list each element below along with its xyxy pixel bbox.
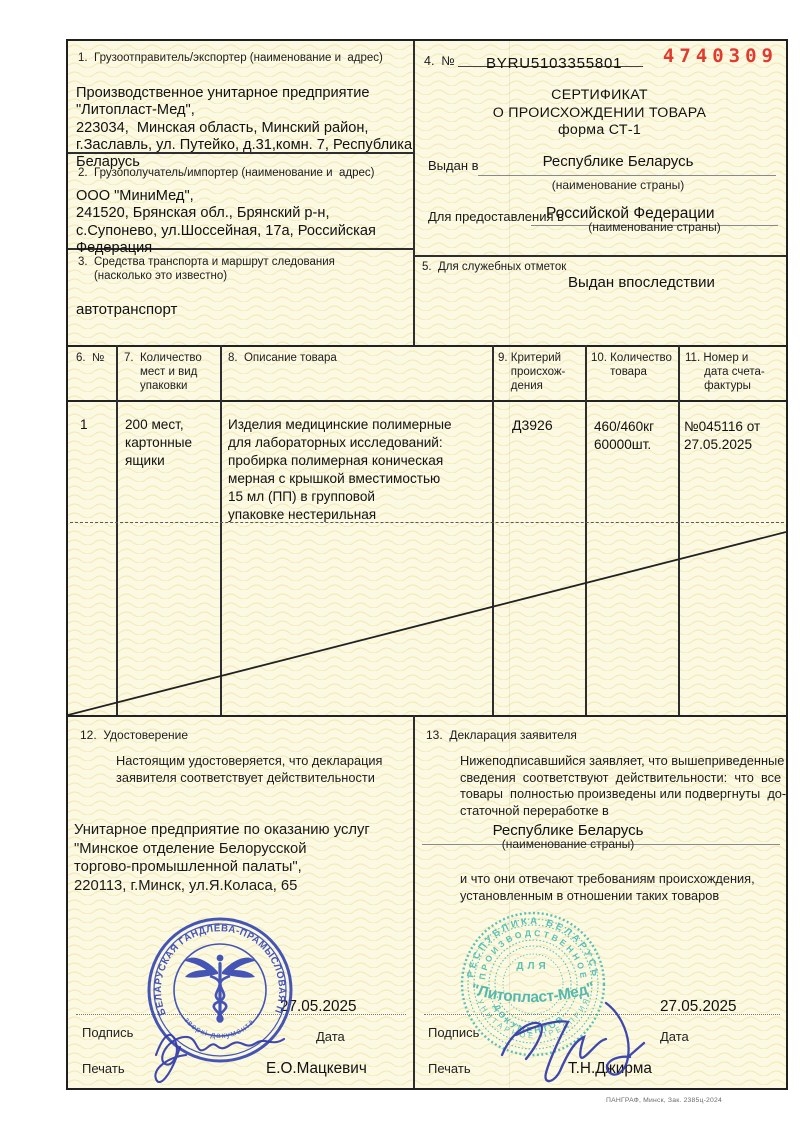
issued-in-line	[478, 175, 776, 176]
divider-bottom-columns	[413, 715, 415, 1088]
box13-label: 13. Декларация заявителя	[426, 729, 577, 743]
red-serial-number: 4740309	[628, 45, 778, 67]
box12-date-label: Дата	[316, 1029, 345, 1044]
divider-box4-box5	[413, 255, 786, 257]
box4-label: 4. №	[424, 55, 455, 69]
box2-label: 2. Грузополучатель/импортер (наименовани…	[78, 167, 374, 181]
scanned-certificate-page: 1. Грузоотправитель/экспортер (наименова…	[0, 0, 800, 1132]
box13-country-hint: (наименование страны)	[428, 837, 708, 851]
printer-imprint: ПАНГРАФ, Минск, Зак. 2385ц-2024	[540, 1097, 788, 1104]
certificate-title: СЕРТИФИКАТ О ПРОИСХОЖДЕНИИ ТОВАРА форма …	[414, 87, 785, 140]
stamp-ring-text: БЕЛАРУСКАЯ ГАНДЛЁВА-ПРАМЫСЛОВАЯ ПАЛАТА	[144, 914, 287, 1017]
certificate-body: 1. Грузоотправитель/экспортер (наименова…	[66, 39, 788, 1090]
row-packages: 200 мест, картонные ящики	[125, 416, 192, 470]
box5-label: 5. Для служебных отметок	[422, 261, 566, 275]
box12-signature	[150, 1003, 300, 1083]
row-quantity: 460/460кг 60000шт.	[594, 418, 654, 454]
box12-statement: Настоящим удостоверяется, что декларация…	[116, 753, 382, 786]
box12-label: 12. Удостоверение	[80, 729, 188, 743]
box12-issuer: Унитарное предприятие по оказанию услуг …	[74, 821, 370, 895]
svg-text:БЕЛАРУСКАЯ ГАНДЛЁВА-ПРАМЫСЛОВА: БЕЛАРУСКАЯ ГАНДЛЁВА-ПРАМЫСЛОВАЯ ПАЛАТА	[144, 914, 287, 1017]
box1-exporter-value: Производственное унитарное предприятие "…	[76, 85, 412, 171]
void-diagonal-line	[68, 530, 786, 717]
row-origin-criterion: Д3926	[512, 416, 553, 434]
box3-sublabel: (насколько это известно)	[78, 270, 227, 284]
stamp-word-top: ДЛЯ	[516, 961, 549, 972]
row-invoice: №045116 от 27.05.2025	[684, 418, 760, 454]
table-header-packages: 7. Количество мест и вид упаковки	[124, 351, 202, 393]
table-header-invoice: 11. Номер и дата счета- фактуры	[685, 351, 765, 393]
issued-in-country-hint: (наименование страны)	[468, 178, 768, 192]
box2-importer-value: ООО "МиниМед", 241520, Брянская обл., Бр…	[76, 188, 376, 257]
box13-date-label: Дата	[660, 1029, 689, 1044]
box5-service-note: Выдан впоследствии	[568, 274, 715, 291]
presented-to-country-hint: (наименование страны)	[531, 220, 778, 234]
box13-statement2: и что они отвечают требованиям происхожд…	[460, 871, 755, 904]
certificate-number: BYRU5103355801	[486, 55, 622, 72]
box13-signature	[488, 993, 663, 1093]
box3-transport-value: автотранспорт	[76, 301, 177, 318]
box1-label: 1. Грузоотправитель/экспортер (наименова…	[78, 52, 383, 66]
table-header-quantity: 10. Количество товара	[591, 351, 672, 379]
issued-in-value: Республике Беларусь	[468, 153, 768, 170]
row-no: 1	[80, 416, 88, 434]
table-header-description: 8. Описание товара	[228, 351, 337, 365]
box12-signature-label: Подпись	[82, 1025, 133, 1040]
box3-label: 3. Средства транспорта и маршрут следова…	[78, 256, 335, 270]
box13-stamp-label: Печать	[428, 1061, 471, 1076]
row-description: Изделия медицинские полимерные для лабор…	[228, 416, 452, 524]
box13-date-value: 27.05.2025	[660, 998, 737, 1016]
table-header-no: 6. №	[76, 351, 104, 365]
box12-stamp-label: Печать	[82, 1061, 125, 1076]
